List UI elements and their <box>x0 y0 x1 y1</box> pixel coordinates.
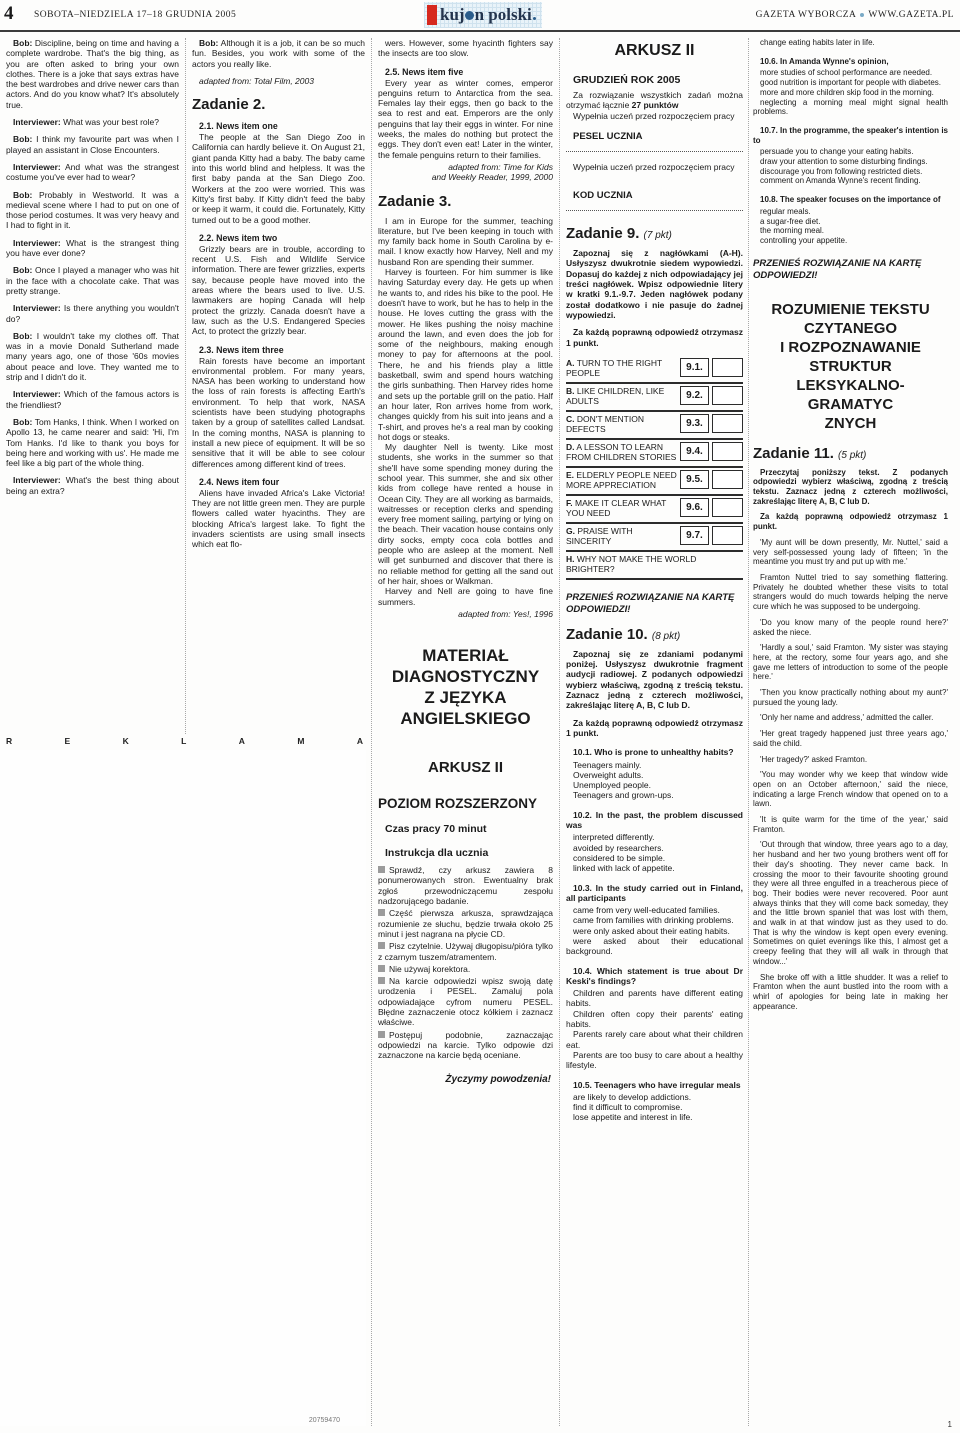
points-total-value: 27 punktów <box>632 100 679 110</box>
answer-option[interactable]: Parents rarely care about what their chi… <box>566 1029 743 1050</box>
speaker-label: Bob: <box>13 417 32 427</box>
speaker-label: Bob: <box>13 331 32 341</box>
pesel-dotted-line <box>566 144 743 152</box>
question-10-6: 10.6. In Amanda Wynne's opinion, <box>753 57 948 67</box>
option-label: DON'T MENTION DEFECTS <box>566 414 644 435</box>
brand-name: GAZETA WYBORCZA <box>756 10 857 20</box>
poziom-heading: POZIOM ROZSZERZONY <box>378 796 553 811</box>
option-label: ELDERLY PEOPLE NEED MORE APPRECIATION <box>566 470 677 491</box>
option-letter: E. <box>566 470 574 480</box>
speaker-label: Interviewer: <box>13 389 61 399</box>
story-paragraph: 'Out through that window, three years ag… <box>753 840 948 966</box>
answer-option[interactable]: persuade you to change your eating habit… <box>753 147 948 157</box>
option-letter: F. <box>566 498 573 508</box>
heading-option: A. TURN TO THE RIGHT PEOPLE <box>566 358 680 379</box>
reklama-letter: A <box>357 736 363 746</box>
logo-period-dot-icon <box>533 17 536 20</box>
option-label: MAKE IT CLEAR WHAT YOU NEED <box>566 498 666 519</box>
column-separator <box>371 38 372 1426</box>
instruction-text: Nie używaj korektora. <box>389 964 470 974</box>
task10-instruction: Zapoznaj się ze zdaniami podanymi poniże… <box>566 649 743 711</box>
story-paragraph: 'You may wonder why we keep that window … <box>753 770 948 809</box>
answer-option[interactable]: came from very well-educated families. <box>566 905 743 915</box>
story-paragraph: 'Do you know many of the people round he… <box>753 618 948 637</box>
issue-date: SOBOTA–NIEDZIELA 17–18 GRUDNIA 2005 <box>34 10 236 20</box>
option-letter: C. <box>566 414 575 424</box>
story-paragraph: 'It is quite warm for the time of the ye… <box>753 815 948 834</box>
interview-paragraph: Interviewer: What's the best thing about… <box>6 475 179 496</box>
heading-option: E. ELDERLY PEOPLE NEED MORE APPRECIATION <box>566 470 680 491</box>
answer-empty-box[interactable] <box>712 386 743 405</box>
task11-scoring: Za każdą poprawną odpowiedź otrzymasz 1 … <box>753 512 948 531</box>
question-10-8-options: regular meals.a sugar-free diet.the morn… <box>753 207 948 246</box>
news-items: 2.1. News item one The people at the San… <box>192 121 365 549</box>
source-note: adapted from: Total Film, 2003 <box>192 76 365 86</box>
instruction-item: Postępuj podobnie, zaznaczając odpowiedz… <box>378 1030 553 1061</box>
column-zadanie11: change eating habits later in life. 10.6… <box>753 38 948 1428</box>
option-label: PRAISE WITH SINCERITY <box>566 526 633 547</box>
news-item-heading: 2.2. News item two <box>192 233 365 243</box>
speaker-label: Bob: <box>13 190 32 200</box>
bullet-square-icon <box>378 909 385 916</box>
answer-number-box: 9.3. <box>680 414 709 433</box>
answer-option[interactable]: Overweight adults. <box>566 770 743 780</box>
answer-option[interactable]: are likely to develop addictions. <box>566 1092 743 1102</box>
pesel-label: PESEL UCZNIA <box>566 131 743 142</box>
bullet-square-icon <box>378 1031 385 1038</box>
answer-option[interactable]: came from families with drinking problem… <box>566 915 743 925</box>
transfer-answers-note: PRZENIEŚ ROZWIĄZANIE NA KARTĘ ODPOWIEDZI… <box>753 258 948 282</box>
interview-paragraphs: Bob: Discipline, being on time and havin… <box>6 38 179 496</box>
zadanie10-points: (8 pkt) <box>652 631 680 642</box>
source-note: adapted from: Time for Kids and Weekly R… <box>378 162 553 183</box>
page-number: 4 <box>4 3 14 25</box>
newspaper-page: 4 SOBOTA–NIEDZIELA 17–18 GRUDNIA 2005 ku… <box>0 0 960 1433</box>
site-url: WWW.GAZETA.PL <box>868 10 954 20</box>
czas-pracy: Czas pracy 70 minut <box>378 823 553 835</box>
answer-number-box: 9.6. <box>680 498 709 517</box>
answer-option[interactable]: draw your attention to some disturbing f… <box>753 157 948 167</box>
matching-rows: A. TURN TO THE RIGHT PEOPLE 9.1. B. LIKE… <box>566 356 743 552</box>
interview-paragraph: Bob: I think my favourite part was when … <box>6 134 179 155</box>
heading-option: H. WHY NOT MAKE THE WORLD BRIGHTER? <box>566 554 743 575</box>
instruction-item: Na karcie odpowiedzi wpisz swoją datę ur… <box>378 976 553 1027</box>
news-item-body: Aliens have invaded Africa's Lake Victor… <box>192 488 365 550</box>
question-10-1: 10.1. Who is prone to unhealthy habits? <box>566 747 743 757</box>
heading-option: F. MAKE IT CLEAR WHAT YOU NEED <box>566 498 680 519</box>
bullet-square-icon <box>378 866 385 873</box>
zadanie11-title: Zadanie 11. <box>753 445 834 462</box>
reading-text: I am in Europe for the summer, teaching … <box>378 216 553 607</box>
interview-paragraph: Bob: Once I played a manager who was hit… <box>6 265 179 296</box>
interview-paragraph: Interviewer: What was your best role? <box>6 117 179 127</box>
news-item-heading: 2.4. News item four <box>192 477 365 487</box>
question-10-7: 10.7. In the programme, the speaker's in… <box>753 126 948 145</box>
matching-row: F. MAKE IT CLEAR WHAT YOU NEED 9.6. <box>566 496 743 524</box>
interview-paragraph: Bob: Tom Hanks, I think. When I worked o… <box>6 417 179 468</box>
source-note: adapted from: Yes!, 1996 <box>378 609 553 619</box>
kod-dotted-line <box>566 203 743 211</box>
answer-option[interactable]: considered to be simple. <box>566 853 743 863</box>
interview-paragraph: Interviewer: Is there anything you would… <box>6 303 179 324</box>
answer-option[interactable]: a sugar-free diet. <box>753 217 948 227</box>
zadanie10-heading: Zadanie 10. (8 pkt) <box>566 626 743 643</box>
story-paragraph: 'Her great tragedy happened just three y… <box>753 729 948 748</box>
reading-paragraph: I am in Europe for the summer, teaching … <box>378 216 553 267</box>
answer-number-box: 9.4. <box>680 442 709 461</box>
answer-option[interactable]: find it difficult to compromise. <box>566 1102 743 1112</box>
heading-option: B. LIKE CHILDREN, LIKE ADULTS <box>566 386 680 407</box>
arkusz-heading: ARKUSZ II <box>378 759 553 776</box>
reklama-letter: K <box>123 736 129 746</box>
reklama-letter: L <box>181 736 186 746</box>
interview-paragraph: Interviewer: Which of the famous actors … <box>6 389 179 410</box>
reading-paragraph: My daughter Nell is twenty. Like most st… <box>378 442 553 586</box>
answer-option[interactable]: comment on Amanda Wynne's recent finding… <box>753 176 948 186</box>
question-10-4: 10.4. Which statement is true about Dr K… <box>566 966 743 987</box>
page-header: 4 SOBOTA–NIEDZIELA 17–18 GRUDNIA 2005 ku… <box>0 0 960 32</box>
heading-option: C. DON'T MENTION DEFECTS <box>566 414 680 435</box>
task9-instruction: Zapoznaj się z nagłówkami (A-H). Usłyszy… <box>566 248 743 320</box>
section-heading: ROZUMIENIE TEKSTU CZYTANEGO I ROZPOZNAWA… <box>757 300 944 433</box>
answer-number-box: 9.5. <box>680 470 709 489</box>
logo-text: kujn polski <box>440 5 536 25</box>
news-item-body: Every year as winter comes, emperor peng… <box>378 78 553 160</box>
answer-empty-box[interactable] <box>712 414 743 433</box>
good-luck-note: Życzymy powodzenia! <box>380 1074 551 1085</box>
option-letter: G. <box>566 526 575 536</box>
news-item-heading: 2.1. News item one <box>192 121 365 131</box>
speaker-label: Interviewer: <box>13 303 61 313</box>
matching-row: G. PRAISE WITH SINCERITY 9.7. <box>566 524 743 552</box>
reading-paragraph: Harvey is fourteen. For him summer is li… <box>378 267 553 442</box>
material-heading: MATERIAŁ DIAGNOSTYCZNY Z JĘZYKA ANGIELSK… <box>386 645 545 729</box>
logo-text-part2: n polski <box>475 5 532 24</box>
heading-option: G. PRAISE WITH SINCERITY <box>566 526 680 547</box>
answer-option[interactable]: good nutrition is important for people w… <box>753 78 948 88</box>
speech-text: What was your best role? <box>63 117 159 127</box>
answer-option[interactable]: Children and parents have different eati… <box>566 988 743 1009</box>
question-10-1-options: Teenagers mainly.Overweight adults.Unemp… <box>566 760 743 801</box>
option-label: TURN TO THE RIGHT PEOPLE <box>566 358 662 379</box>
column-separator <box>748 38 749 1426</box>
speaker-label: Interviewer: <box>13 475 61 485</box>
question-10-3-options: came from very well-educated families.ca… <box>566 905 743 956</box>
answer-empty-box[interactable] <box>712 470 743 489</box>
speech-text: Discipline, being on time and having a c… <box>6 38 179 110</box>
answer-option[interactable]: were only asked about their eating habit… <box>566 926 743 936</box>
answer-empty-box[interactable] <box>712 358 743 377</box>
interview-paragraph: Bob: Probably in Westworld. It was a med… <box>6 190 179 231</box>
gazeta-red-logo-icon <box>427 5 437 25</box>
story-paragraph: 'Her tragedy?' asked Framton. <box>753 755 948 765</box>
news-item: 2.1. News item one The people at the San… <box>192 121 365 225</box>
matching-row: E. ELDERLY PEOPLE NEED MORE APPRECIATION… <box>566 468 743 496</box>
instruction-text: Sprawdź, czy arkusz zawiera 8 ponumerowa… <box>378 865 553 906</box>
task11-instruction: Przeczytaj poniższy tekst. Z podanych od… <box>753 468 948 507</box>
option-letter: D. <box>566 442 575 452</box>
matching-row: H. WHY NOT MAKE THE WORLD BRIGHTER? <box>566 552 743 580</box>
option-label: A LESSON TO LEARN FROM CHILDREN STORIES <box>566 442 676 463</box>
news-item: 2.3. News item three Rain forests have b… <box>192 345 365 469</box>
bullet-square-icon <box>378 977 385 984</box>
interview-closing: Bob: Although it is a job, it can be so … <box>192 38 365 69</box>
task9-scoring: Za każdą poprawną odpowiedź otrzymasz 1 … <box>566 327 743 348</box>
ad-placeholder: 20759470 <box>0 750 366 1426</box>
news-item: 2.4. News item four Aliens have invaded … <box>192 477 365 550</box>
speech-text: Although it is a job, it can be so much … <box>192 38 365 69</box>
news-item-heading: 2.5. News item five <box>378 67 553 77</box>
story-paragraph: 'Hardly a soul,' said Framton. 'My siste… <box>753 643 948 682</box>
matching-table: A. TURN TO THE RIGHT PEOPLE 9.1. B. LIKE… <box>566 356 743 580</box>
column-zadanie3: wers. However, some hyacinth fighters sa… <box>378 38 553 1428</box>
answer-option[interactable]: linked with lack of appetite. <box>566 863 743 873</box>
question-10-5-options: are likely to develop addictions.find it… <box>566 1092 743 1123</box>
interview-paragraph: Bob: I wouldn't take my clothes off. Tha… <box>6 331 179 382</box>
masthead-right: GAZETA WYBORCZA WWW.GAZETA.PL <box>756 10 954 20</box>
separator-dot-icon <box>860 13 864 17</box>
interview-paragraph: Interviewer: And what was the strangest … <box>6 162 179 183</box>
speech-text: Once I played a manager who was hit in t… <box>6 265 179 296</box>
answer-empty-box[interactable] <box>712 498 743 517</box>
matching-row: B. LIKE CHILDREN, LIKE ADULTS 9.2. <box>566 384 743 412</box>
ad-reference-number: 20759470 <box>309 1417 340 1424</box>
speaker-label: Interviewer: <box>13 117 61 127</box>
instruction-item: Nie używaj korektora. <box>378 964 553 974</box>
story-paragraph: 'My aunt will be down presently, Mr. Nut… <box>753 538 948 567</box>
interview-paragraph: Bob: Discipline, being on time and havin… <box>6 38 179 110</box>
answer-option-continuation: change eating habits later in life. <box>753 38 948 48</box>
answer-option[interactable]: Teenagers and grown-ups. <box>566 790 743 800</box>
answer-option[interactable]: more and more children skip food in the … <box>753 88 948 98</box>
news-item-body: Rain forests have become an important en… <box>192 356 365 469</box>
matching-row: D. A LESSON TO LEARN FROM CHILDREN STORI… <box>566 440 743 468</box>
story-paragraph: 'Only her name and address,' admitted th… <box>753 713 948 723</box>
speech-text: I think my favourite part was when I pla… <box>6 134 179 154</box>
kujon-polski-logo: kujn polski <box>424 2 542 28</box>
answer-option[interactable]: regular meals. <box>753 207 948 217</box>
speaker-label: Bob: <box>13 265 32 275</box>
question-10-5: 10.5. Teenagers who have irregular meals <box>566 1080 743 1090</box>
question-10-3: 10.3. In the study carried out in Finlan… <box>566 883 743 904</box>
logo-text-part1: kuj <box>440 5 465 24</box>
story-paragraph: She broke off with a little shudder. It … <box>753 973 948 1012</box>
kod-label: KOD UCZNIA <box>566 190 743 201</box>
option-letter: B. <box>566 386 575 396</box>
speaker-label: Interviewer: <box>13 162 61 172</box>
option-label: LIKE CHILDREN, LIKE ADULTS <box>566 386 664 407</box>
answer-option[interactable]: lose appetite and interest in life. <box>566 1112 743 1122</box>
fill-note: Wypełnia uczeń przed rozpoczęciem pracy <box>566 162 743 172</box>
news-item-heading: 2.3. News item three <box>192 345 365 355</box>
reklama-letter: M <box>297 736 304 746</box>
speaker-label: Bob: <box>13 134 32 144</box>
answer-option[interactable]: avoided by researchers. <box>566 843 743 853</box>
fill-note: Wypełnia uczeń przed rozpoczęciem pracy <box>566 111 743 121</box>
instruction-text: Postępuj podobnie, zaznaczając odpowiedz… <box>378 1030 553 1061</box>
matching-row: A. TURN TO THE RIGHT PEOPLE 9.1. <box>566 356 743 384</box>
instruction-text: Pisz czytelnie. Używaj długopisu/pióra t… <box>378 941 553 961</box>
zadanie9-title: Zadanie 9. <box>566 225 639 242</box>
question-10-2-options: interpreted differently.avoided by resea… <box>566 832 743 873</box>
question-10-7-options: persuade you to change your eating habit… <box>753 147 948 186</box>
answer-option[interactable]: Children often copy their parents' eatin… <box>566 1009 743 1030</box>
heading-option: D. A LESSON TO LEARN FROM CHILDREN STORI… <box>566 442 680 463</box>
option-letter: H. <box>566 554 575 564</box>
story-paragraph: 'Then you know practically nothing about… <box>753 688 948 707</box>
speaker-label: Interviewer: <box>13 238 61 248</box>
answer-number-box: 9.7. <box>680 526 709 545</box>
news-item: 2.2. News item two Grizzly bears are in … <box>192 233 365 337</box>
bullet-square-icon <box>378 965 385 972</box>
zadanie11-points: (5 pkt) <box>838 450 866 461</box>
question-10-2: 10.2. In the past, the problem discussed… <box>566 810 743 831</box>
logo-o-dot-icon <box>465 11 474 20</box>
instruction-list: Sprawdź, czy arkusz zawiera 8 ponumerowa… <box>378 865 553 1060</box>
zadanie10-title: Zadanie 10. <box>566 626 648 643</box>
zadanie9-heading: Zadanie 9. (7 pkt) <box>566 225 743 242</box>
answer-empty-box[interactable] <box>712 526 743 545</box>
zadanie2-heading: Zadanie 2. <box>192 96 365 113</box>
news-item-body: The people at the San Diego Zoo in Calif… <box>192 132 365 225</box>
points-total-note: Za rozwiązanie wszystkich zadań można ot… <box>566 90 743 111</box>
instruction-text: Na karcie odpowiedzi wpisz swoją datę ur… <box>378 976 553 1027</box>
speaker-label: Bob: <box>199 38 218 48</box>
bullet-square-icon <box>378 942 385 949</box>
transfer-answers-note: PRZENIEŚ ROZWIĄZANIE NA KARTĘ ODPOWIEDZI… <box>566 592 743 616</box>
matching-row: C. DON'T MENTION DEFECTS 9.3. <box>566 412 743 440</box>
instruction-item: Pisz czytelnie. Używaj długopisu/pióra t… <box>378 941 553 962</box>
option-label: WHY NOT MAKE THE WORLD BRIGHTER? <box>566 554 696 575</box>
answer-option[interactable]: Teenagers mainly. <box>566 760 743 770</box>
interview-paragraph: Interviewer: What is the strangest thing… <box>6 238 179 259</box>
question-10-4-options: Children and parents have different eati… <box>566 988 743 1070</box>
column-interview: Bob: Discipline, being on time and havin… <box>6 38 179 738</box>
question-10-6-options: more studies of school performance are n… <box>753 68 948 117</box>
answer-option[interactable]: interpreted differently. <box>566 832 743 842</box>
sheet-page-number: 1 <box>948 1420 952 1429</box>
column-separator <box>559 38 560 1426</box>
question-10-8: 10.8. The speaker focuses on the importa… <box>753 195 948 205</box>
answer-option[interactable]: were asked about their educational backg… <box>566 936 743 957</box>
answer-option[interactable]: more studies of school performance are n… <box>753 68 948 78</box>
answer-option[interactable]: discourage you from following restricted… <box>753 167 948 177</box>
reklama-letter: E <box>65 736 71 746</box>
answer-number-box: 9.2. <box>680 386 709 405</box>
news-item-body: Grizzly bears are in trouble, according … <box>192 244 365 337</box>
story-text: 'My aunt will be down presently, Mr. Nut… <box>753 538 948 1012</box>
instruction-item: Sprawdź, czy arkusz zawiera 8 ponumerowa… <box>378 865 553 906</box>
answer-empty-box[interactable] <box>712 442 743 461</box>
story-paragraph: Framton Nuttel tried to say something fl… <box>753 573 948 612</box>
instrukcja-heading: Instrukcja dla ucznia <box>378 847 553 859</box>
column-zadanie2: Bob: Although it is a job, it can be so … <box>192 38 365 738</box>
speech-text: I wouldn't take my clothes off. That was… <box>6 331 179 382</box>
speech-text: Probably in Westworld. It was a medieval… <box>6 190 179 231</box>
grudzien-heading: GRUDZIEŃ ROK 2005 <box>566 74 743 86</box>
option-letter: A. <box>566 358 575 368</box>
speech-text: Tom Hanks, I think. When I worked on Apo… <box>6 417 179 468</box>
arkusz2-heading: ARKUSZ II <box>566 42 743 60</box>
speaker-label: Bob: <box>13 38 32 48</box>
answer-option[interactable]: Parents are too busy to care about a hea… <box>566 1050 743 1071</box>
answer-option[interactable]: the morning meal. <box>753 226 948 236</box>
instruction-item: Część pierwsza arkusza, sprawdzająca roz… <box>378 908 553 939</box>
zadanie9-points: (7 pkt) <box>644 230 672 241</box>
task10-scoring: Za każdą poprawną odpowiedź otrzymasz 1 … <box>566 718 743 739</box>
reklama-label: REKLAMA <box>6 736 363 746</box>
answer-number-box: 9.1. <box>680 358 709 377</box>
answer-option[interactable]: controlling your appetite. <box>753 236 948 246</box>
reklama-letter: R <box>6 736 12 746</box>
zadanie11-heading: Zadanie 11. (5 pkt) <box>753 445 948 462</box>
column-arkusz2: ARKUSZ II GRUDZIEŃ ROK 2005 Za rozwiązan… <box>566 38 743 1428</box>
answer-option[interactable]: Unemployed people. <box>566 780 743 790</box>
zadanie3-heading: Zadanie 3. <box>378 193 553 210</box>
answer-option[interactable]: neglecting a morning meal might signal h… <box>753 98 948 117</box>
reklama-letter: A <box>239 736 245 746</box>
instruction-text: Część pierwsza arkusza, sprawdzająca roz… <box>378 908 553 939</box>
reading-paragraph: Harvey and Nell are going to have fine s… <box>378 586 553 607</box>
news-continuation: wers. However, some hyacinth fighters sa… <box>378 38 553 59</box>
column-separator <box>185 38 186 734</box>
